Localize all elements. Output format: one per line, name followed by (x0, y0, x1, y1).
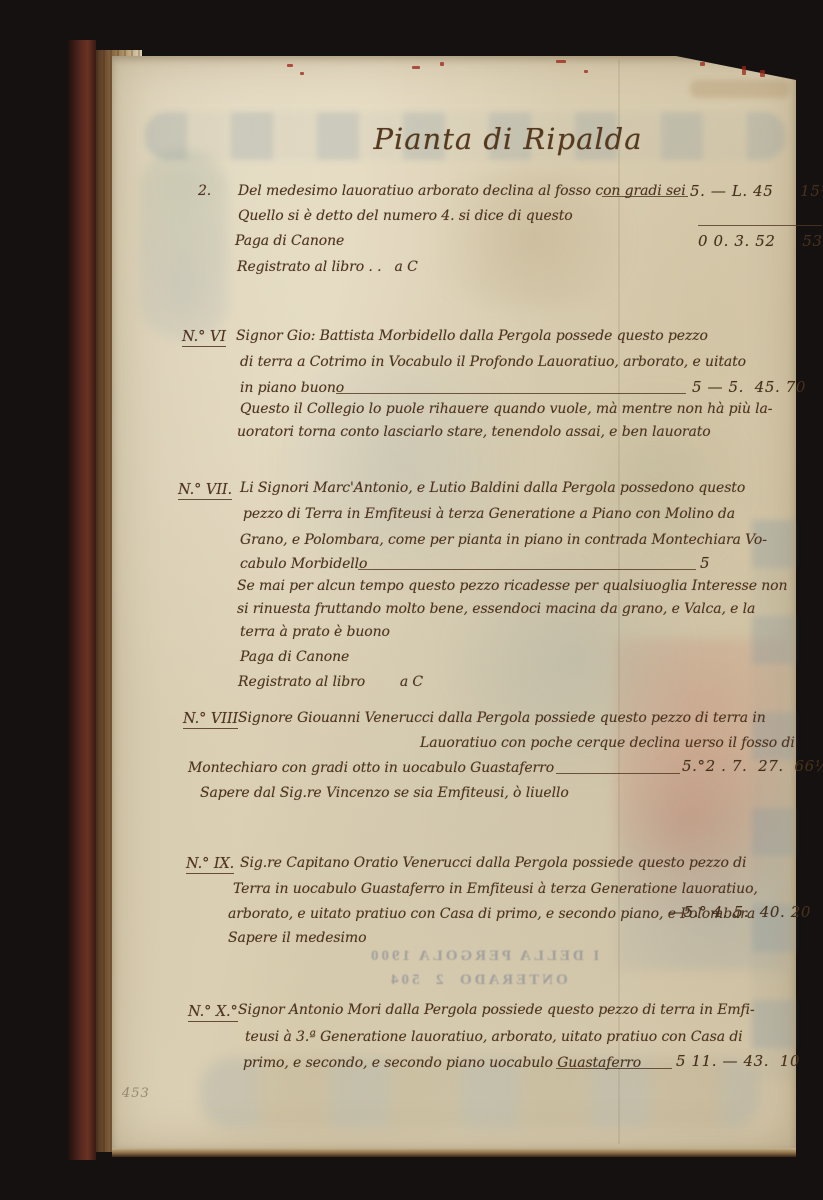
margin-value: 5 — 5. 45. 70 (692, 378, 806, 396)
entry-number-label: N.° VI (182, 329, 226, 347)
entry-line: uoratori torna conto lasciarlo stare, te… (237, 424, 711, 440)
red-ink-speck (584, 70, 588, 73)
entry-number-label: N.° VIII (183, 711, 238, 729)
bleedthrough-mirrored-text: ONTERADO 2 504 (388, 972, 568, 989)
entry-line: Registrato al libro a C (238, 674, 423, 690)
margin-value: 0 0. 3. 52 53½ (698, 232, 823, 250)
entry-line: Questo il Collegio lo puole rihauere qua… (240, 401, 772, 417)
entry-line: si rinuesta fruttando molto bene, essend… (237, 601, 755, 617)
book-spine (68, 40, 96, 1160)
margin-value: —5.° 4. 5. 40. 20 (668, 903, 811, 921)
entry-line: Sapere dal Sig.re Vincenzo se sia Emfite… (200, 785, 569, 801)
margin-value: 5. — L. 45 15½ (690, 182, 823, 200)
entry-line: di terra a Cotrimo in Vocabulo il Profon… (240, 354, 746, 370)
entry-line: Signor Gio: Battista Morbidello dalla Pe… (236, 328, 708, 344)
manuscript-photo: I DELLA PERGOLA 1900 ONTERADO 2 504 Pian… (0, 0, 823, 1200)
bottom-page-edges (112, 1148, 796, 1157)
dash-rule (556, 773, 680, 774)
entry-line: Lauoratiuo con poche cerque declina uers… (420, 735, 795, 751)
red-ink-speck (760, 70, 765, 77)
entry-line: Paga di Canone (235, 233, 344, 249)
entry-line: Se mai per alcun tempo questo pezzo rica… (237, 578, 787, 594)
bleedthrough-mirrored-text: I DELLA PERGOLA 1900 (368, 948, 599, 965)
dash-rule (556, 1068, 672, 1069)
entry-number-label: N.° VII. (178, 482, 232, 500)
folio-mark: 453 (122, 1086, 150, 1101)
entry-line: Terra in uocabulo Guastaferro in Emfiteu… (233, 881, 758, 897)
entry-line: Quello si è detto del numero 4. si dice … (238, 208, 573, 224)
entry-number-label: N.° X.° (188, 1004, 238, 1022)
entry-line: cabulo Morbidello (240, 556, 367, 572)
entry-line: Sig.re Capitano Oratio Venerucci dalla P… (240, 855, 746, 871)
entry-line: teusi à 3.ª Generatione lauoratiuo, arbo… (245, 1029, 743, 1045)
entry-line: pezzo di Terra in Emfiteusi à terza Gene… (243, 506, 735, 522)
red-ink-speck (300, 72, 304, 75)
entry-line: Signore Giouanni Venerucci dalla Pergola… (238, 710, 766, 726)
red-ink-speck (440, 62, 444, 66)
red-ink-speck (287, 64, 293, 67)
entry-line: Signor Antonio Mori dalla Pergola possie… (238, 1002, 755, 1018)
entry-line: in piano buono (240, 380, 344, 396)
entry-line: terra à prato è buono (240, 624, 390, 640)
margin-value: 5.°2 . 7. 27. 66½ (682, 757, 823, 775)
entry-line: Sapere il medesimo (228, 930, 366, 946)
dash-rule (602, 196, 688, 197)
page-corner-shadow (676, 56, 796, 80)
margin-value: 5 11. — 43. 10 (676, 1052, 800, 1070)
margin-value: 5 (700, 554, 710, 572)
page-title: Pianta di Ripalda (368, 122, 648, 156)
red-ink-speck (700, 62, 705, 66)
red-ink-speck (556, 60, 566, 63)
entry-number-label: N.° IX. (186, 856, 234, 874)
entry-line: Grano, e Polombara, come per pianta in p… (240, 532, 767, 548)
entry-line: Registrato al libro . . a C (237, 259, 418, 275)
sum-rule (698, 225, 822, 226)
red-ink-speck (742, 66, 746, 75)
entry-line: Paga di Canone (240, 649, 349, 665)
entry-line: Li Signori Marc'Antonio, e Lutio Baldini… (240, 480, 745, 496)
dash-rule (336, 393, 686, 394)
red-ink-speck (412, 66, 420, 69)
entry-line: Montechiaro con gradi otto in uocabulo G… (188, 760, 554, 776)
entry-number-label: 2. (198, 183, 211, 199)
dash-rule (358, 569, 696, 570)
